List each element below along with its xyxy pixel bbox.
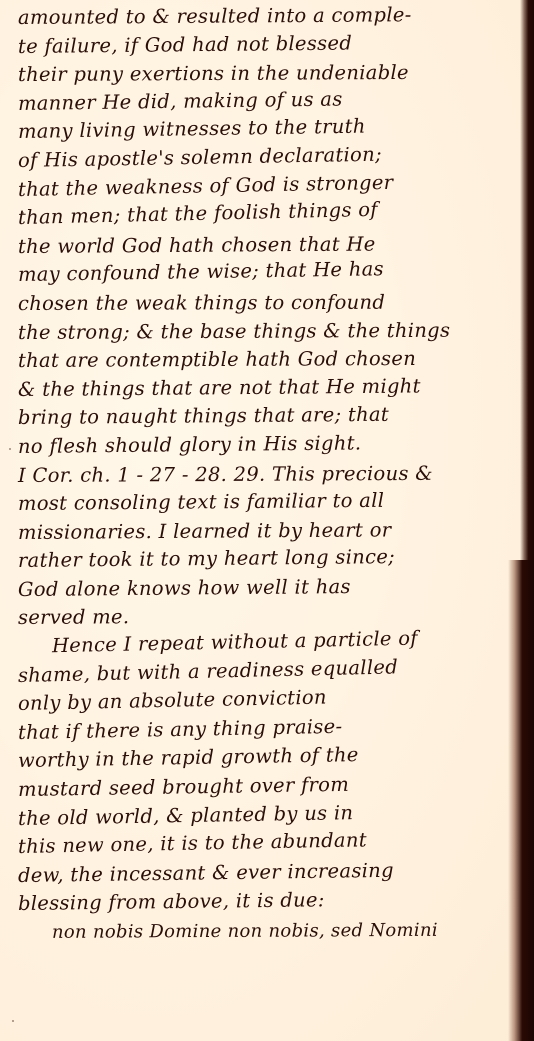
paper-speck xyxy=(9,448,11,450)
manuscript-line: chosen the weak things to confound xyxy=(18,288,518,318)
manuscript-line: rather took it to my heart long since; xyxy=(18,542,518,576)
paper-speck xyxy=(26,300,28,302)
manuscript-line: te failure, if God had not blessed xyxy=(18,27,518,61)
paper-speck xyxy=(12,1020,14,1022)
manuscript-line: may confound the wise; that He has xyxy=(18,253,518,289)
manuscript-line: the strong; & the base things & the thin… xyxy=(18,316,518,347)
manuscript-page: amounted to & resulted into a comple- te… xyxy=(0,0,534,1041)
paper-speck xyxy=(22,212,24,214)
binding-edge-shadow xyxy=(508,560,534,1041)
manuscript-line: non nobis Domine non nobis, sed Nomini xyxy=(18,916,518,947)
manuscript-line: most consoling text is familiar to all xyxy=(18,486,518,519)
manuscript-line: blessing from above, it is due: xyxy=(18,884,518,919)
manuscript-line: that are contemptible hath God chosen xyxy=(18,345,518,376)
manuscript-line: no flesh should glory in His sight. xyxy=(18,428,518,462)
paper-speck xyxy=(210,13,212,15)
handwritten-text-block: amounted to & resulted into a comple- te… xyxy=(18,4,518,948)
manuscript-line: God alone knows how well it has xyxy=(18,572,518,605)
